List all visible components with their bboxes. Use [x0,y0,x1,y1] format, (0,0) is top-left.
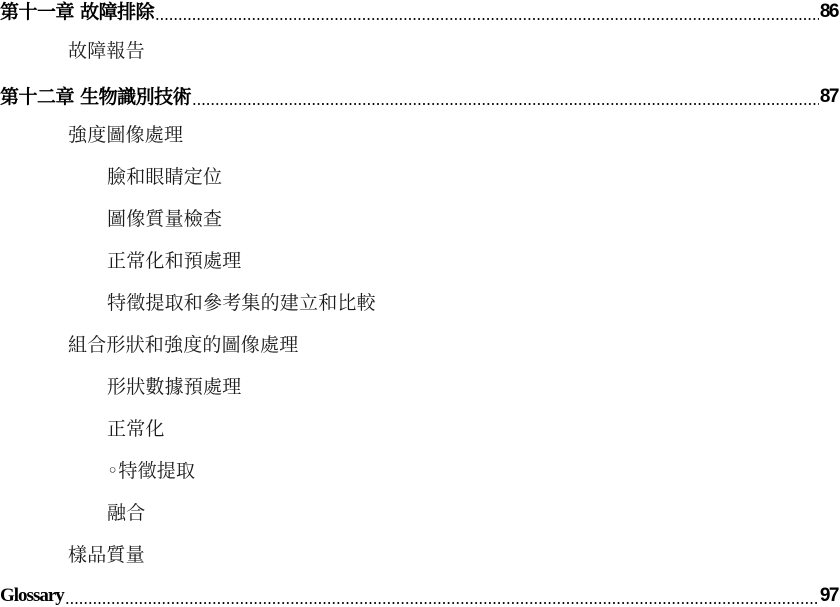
page-number: 87 [820,85,840,109]
toc-entry-subsection[interactable]: 圖像質量檢查 [107,207,222,231]
toc-entry-subsection[interactable]: 融合 [107,501,145,525]
toc-entry-subsection[interactable]: 形狀數據預處理 [107,375,241,399]
toc-entry-section[interactable]: 樣品質量 [68,543,145,567]
chapter-title: 第十一章 故障排除 [0,0,154,24]
page-number: 97 [820,584,840,607]
toc-entry-chapter-12[interactable]: 第十二章 生物識別技術 87 [0,85,840,109]
toc-entry-section[interactable]: 故障報告 [68,39,145,63]
dot-leader [154,0,820,24]
glossary-title: Glossary [0,584,64,607]
toc-entry-subsection[interactable]: 正常化和預處理 [107,249,241,273]
toc-entry-subsection[interactable]: ◦特徵提取 [107,459,195,483]
toc-entry-subsection[interactable]: 特徵提取和參考集的建立和比較 [107,291,376,315]
toc-entry-glossary[interactable]: Glossary 97 [0,584,840,607]
toc-entry-subsection[interactable]: 正常化 [107,417,165,441]
chapter-title: 第十二章 生物識別技術 [0,85,191,109]
toc-entry-chapter-11[interactable]: 第十一章 故障排除 86 [0,0,840,24]
dot-leader [64,584,820,607]
table-of-contents: 第十一章 故障排除 86 故障報告 第十二章 生物識別技術 87 強度圖像處理 … [0,0,840,607]
dot-leader [191,85,820,109]
toc-entry-section[interactable]: 組合形狀和強度的圖像處理 [68,333,298,357]
toc-entry-section[interactable]: 強度圖像處理 [68,123,183,147]
page-number: 86 [820,0,840,24]
toc-entry-subsection[interactable]: 臉和眼睛定位 [107,165,222,189]
